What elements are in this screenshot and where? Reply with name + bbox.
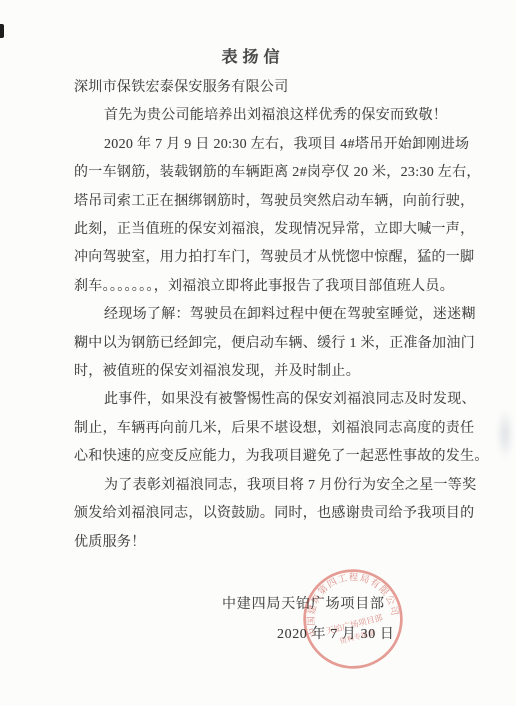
letter-line: 冲向驾驶室，用力拍打车门，驾驶员才从恍惚中惊醒，猛的一脚 bbox=[74, 244, 472, 272]
scan-artifact-left-edge bbox=[0, 24, 4, 38]
commendation-letter-page: 表扬信 深圳市保铁宏泰保安服务有限公司 首先为贵公司能培养出刘福浪这样优秀的保安… bbox=[0, 0, 516, 706]
letter-title: 表扬信 bbox=[0, 44, 506, 67]
letter-line: 时，被值班的保安刘福浪发现，并及时制止。 bbox=[74, 358, 472, 386]
scan-smudge-right-edge bbox=[496, 408, 514, 460]
letter-line: 颁发给刘福浪同志，以资鼓励。同时，也感谢贵司给予我项目的 bbox=[74, 500, 472, 528]
letter-line: 此刻，正当值班的保安刘福浪，发现情况异常，立即大喊一声， bbox=[74, 216, 472, 244]
letter-line: 优质服务！ bbox=[74, 529, 472, 557]
letter-line: 糊中以为钢筋已经卸完，便启动车辆、缓行 1 米，正准备加油门 bbox=[74, 330, 472, 358]
letter-body: 深圳市保铁宏泰保安服务有限公司 首先为贵公司能培养出刘福浪这样优秀的保安而致敬！… bbox=[74, 74, 472, 557]
letter-line: 刹车。。。。。。。，刘福浪立即将此事报告了我项目部值班人员。 bbox=[74, 273, 472, 301]
letter-line: 首先为贵公司能培养出刘福浪这样优秀的保安而致敬！ bbox=[74, 102, 472, 130]
seal-project-text: 天铂广场项目部 bbox=[325, 612, 385, 636]
letter-line: 此事件，如果没有被警惕性高的保安刘福浪同志及时发现、 bbox=[74, 386, 472, 414]
letter-line: 为了表彰刘福浪同志，我项目将 7 月份行为安全之星一等奖 bbox=[74, 472, 472, 500]
company-seal-stamp: 中国建筑第四工程局有限公司 天铂广场项目部 资料专用章 bbox=[290, 556, 416, 682]
recipient-line: 深圳市保铁宏泰保安服务有限公司 bbox=[74, 74, 472, 102]
letter-line: 心和快速的应变反应能力，为我项目避免了一起恶性事故的发生。 bbox=[74, 443, 472, 471]
letter-line: 的一车钢筋，装载钢筋的车辆距离 2#岗亭仅 20 米，23:30 左右， bbox=[74, 159, 472, 187]
letter-line: 制止，车辆再向前几米，后果不堪设想，刘福浪同志高度的责任 bbox=[74, 415, 472, 443]
letter-line: 塔吊司索工正在捆绑钢筋时，驾驶员突然启动车辆，向前行驶， bbox=[74, 188, 472, 216]
letter-line: 经现场了解：驾驶员在卸料过程中便在驾驶室睡觉，迷迷糊 bbox=[74, 301, 472, 329]
letter-line: 2020 年 7 月 9 日 20:30 左右，我项目 4#塔吊开始卸刚进场 bbox=[74, 131, 472, 159]
